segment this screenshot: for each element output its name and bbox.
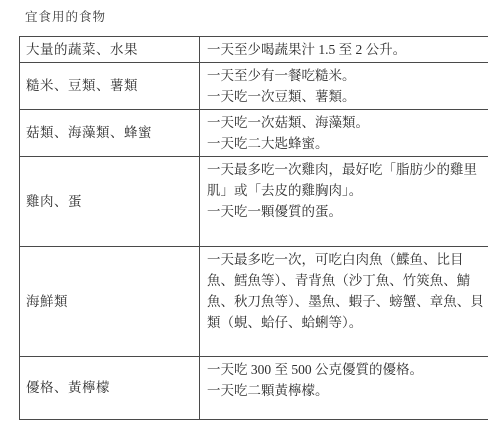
instruction-line: 一天吃二顆黃檸檬。: [207, 380, 486, 401]
recommended-foods-table: 大量的蔬菜、水果 一天至少喝蔬果汁 1.5 至 2 公升。 糙米、豆類、薯類 一…: [19, 36, 488, 420]
instruction-line: 一天吃 300 至 500 公克優質的優格。: [207, 359, 486, 380]
table-row: 海鮮類 一天最多吃一次，可吃白肉魚（鰈鱼、比目魚、鱈魚等）、青背魚（沙丁魚、竹筴…: [20, 247, 488, 357]
instruction-line: 一天最多吃一次雞肉，最好吃「脂肪少的雞里肌」或「去皮的雞胸肉」。: [207, 159, 486, 201]
table-row: 雞肉、蛋 一天最多吃一次雞肉，最好吃「脂肪少的雞里肌」或「去皮的雞胸肉」。 一天…: [20, 157, 488, 247]
instruction-line: 一天至少有一餐吃糙米。: [207, 65, 486, 86]
category-cell: 糙米、豆類、薯類: [20, 63, 200, 110]
instruction-cell: 一天至少有一餐吃糙米。 一天吃一次豆類、薯類。: [200, 63, 488, 110]
category-cell: 大量的蔬菜、水果: [20, 37, 200, 63]
instruction-cell: 一天吃 300 至 500 公克優質的優格。 一天吃二顆黃檸檬。: [200, 357, 488, 420]
instruction-line: 一天吃一次菇類、海藻類。: [207, 112, 486, 133]
category-cell: 雞肉、蛋: [20, 157, 200, 247]
table-row: 大量的蔬菜、水果 一天至少喝蔬果汁 1.5 至 2 公升。: [20, 37, 488, 63]
instruction-line: 一天吃二大匙蜂蜜。: [207, 133, 486, 154]
instruction-line: 一天至少喝蔬果汁 1.5 至 2 公升。: [207, 39, 486, 60]
table-row: 糙米、豆類、薯類 一天至少有一餐吃糙米。 一天吃一次豆類、薯類。: [20, 63, 488, 110]
instruction-line: 一天吃一次豆類、薯類。: [207, 86, 486, 107]
instruction-line: 一天吃一顆優質的蛋。: [207, 201, 486, 222]
instruction-cell: 一天吃一次菇類、海藻類。 一天吃二大匙蜂蜜。: [200, 110, 488, 157]
instruction-line: 一天最多吃一次，可吃白肉魚（鰈鱼、比目魚、鱈魚等）、青背魚（沙丁魚、竹筴魚、鯖魚…: [207, 249, 486, 333]
table-row: 優格、黃檸檬 一天吃 300 至 500 公克優質的優格。 一天吃二顆黃檸檬。: [20, 357, 488, 420]
instruction-cell: 一天最多吃一次，可吃白肉魚（鰈鱼、比目魚、鱈魚等）、青背魚（沙丁魚、竹筴魚、鯖魚…: [200, 247, 488, 357]
table-row: 菇類、海藻類、蜂蜜 一天吃一次菇類、海藻類。 一天吃二大匙蜂蜜。: [20, 110, 488, 157]
instruction-cell: 一天最多吃一次雞肉，最好吃「脂肪少的雞里肌」或「去皮的雞胸肉」。 一天吃一顆優質…: [200, 157, 488, 247]
instruction-cell: 一天至少喝蔬果汁 1.5 至 2 公升。: [200, 37, 488, 63]
category-cell: 優格、黃檸檬: [20, 357, 200, 420]
category-cell: 菇類、海藻類、蜂蜜: [20, 110, 200, 157]
category-cell: 海鮮類: [20, 247, 200, 357]
page-title: 宜食用的食物: [25, 7, 106, 25]
